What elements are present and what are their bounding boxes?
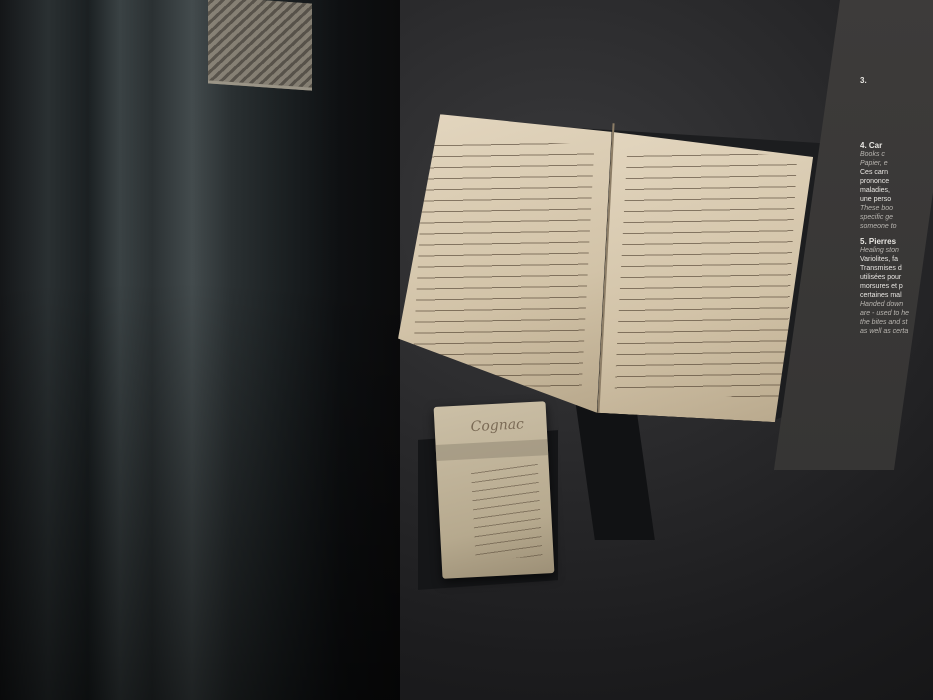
panel-section-4: 4. Car (860, 141, 933, 150)
panel-section-5: 5. Pierres (860, 237, 933, 246)
panel-section-3: 3. (860, 76, 933, 85)
exhibit-panel-text: 3. 4. Car Books c Papier, e Ces carn pro… (860, 0, 933, 336)
lace-collar (208, 0, 312, 91)
small-book-label: Cognac (470, 416, 524, 435)
notebook-left-page (395, 113, 612, 413)
dark-dress (0, 0, 400, 700)
notebook-right-page (597, 123, 814, 423)
museum-display-photo: Cognac 3. 4. Car Books c Papier, e Ces c… (0, 0, 933, 700)
tape-strip (436, 439, 549, 461)
open-handwritten-notebook (395, 113, 815, 424)
small-worn-notebook: Cognac (434, 401, 555, 579)
